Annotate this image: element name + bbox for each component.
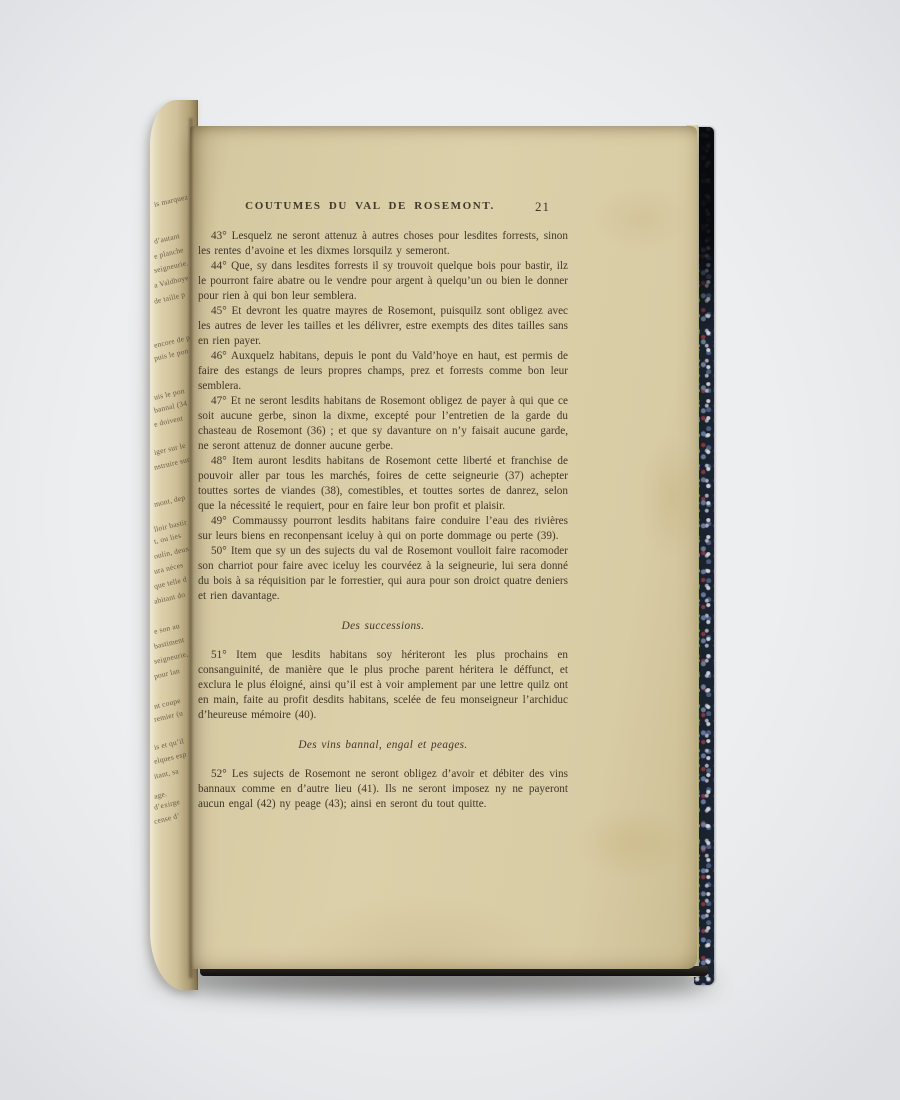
body-paragraph: 49° Commaussy pourront lesdits habitans … <box>198 514 568 544</box>
printed-area: COUTUMES DU VAL DE ROSEMONT. 21 43° Lesq… <box>198 200 568 812</box>
body-paragraph: 52° Les sujects de Rosemont ne seront ob… <box>198 767 568 812</box>
book-page: COUTUMES DU VAL DE ROSEMONT. 21 43° Lesq… <box>190 126 697 969</box>
running-head: COUTUMES DU VAL DE ROSEMONT. 21 <box>198 200 568 222</box>
body-paragraph: 47° Et ne seront lesdits habitans de Ros… <box>198 394 568 454</box>
page-title: COUTUMES DU VAL DE ROSEMONT. <box>198 200 568 212</box>
gutter-shadow-line <box>188 118 193 978</box>
body-paragraph: 44° Que, sy dans lesdites forrests il sy… <box>198 259 568 304</box>
section-heading: Des successions. <box>198 619 568 634</box>
body-paragraph: 51° Item que lesdits habitans soy hérite… <box>198 648 568 723</box>
body-paragraph: 46° Auxquelz habitans, depuis le pont du… <box>198 349 568 394</box>
body-paragraph: 43° Lesquelz ne seront attenuz à autres … <box>198 229 568 259</box>
page-number: 21 <box>535 199 550 215</box>
book-photo: is marquezd’autante plancheseigneurie.a … <box>0 0 900 1100</box>
body-paragraph: 48° Item auront lesdits habitans de Rose… <box>198 454 568 514</box>
body-paragraph: 50° Item que sy un des sujects du val de… <box>198 544 568 604</box>
body-paragraph: 45° Et devront les quatre mayres de Rose… <box>198 304 568 349</box>
section-heading: Des vins bannal, engal et peages. <box>198 738 568 753</box>
body-text: 43° Lesquelz ne seront attenuz à autres … <box>198 229 568 812</box>
